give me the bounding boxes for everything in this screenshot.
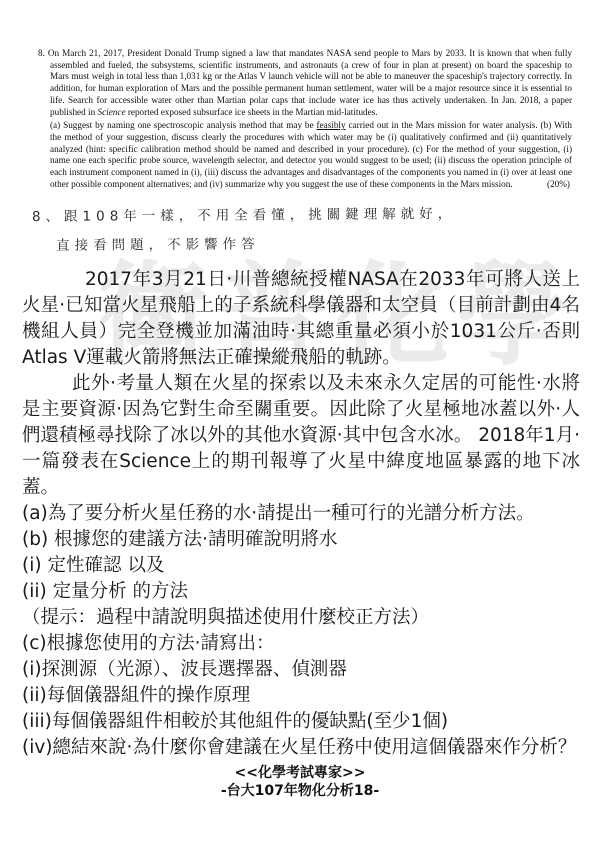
- list-item: (iv)總結來說·為什麼你會建議在火星任務中使用這個儀器來作分析？: [22, 735, 580, 761]
- footer-source: -台大107年物化分析18-: [0, 782, 600, 800]
- subquestions-text: carried out in the Mars mission for wate…: [50, 120, 572, 189]
- page-footer: <<化學考試專家>> -台大107年物化分析18-: [0, 764, 600, 800]
- handwritten-note-line2: 直接看問題，不影響作答: [56, 230, 600, 254]
- list-item: (a)為了要分析火星任務的水·請提出一種可行的光譜分析方法。: [22, 501, 580, 527]
- english-subquestions-paragraph: (a) Suggest by naming one spectroscopic …: [38, 120, 572, 190]
- list-item: (iii)每個儀器組件相較於其他組件的優缺點(至少1個): [22, 709, 580, 735]
- english-question-paragraph: 8. On March 21, 2017, President Donald T…: [38, 48, 572, 118]
- list-item: (i) 定性確認 以及: [22, 553, 580, 579]
- handwritten-note-line1: 8、跟108年一樣，不用全看懂，挑關鍵理解就好，: [32, 201, 600, 225]
- chinese-translation-block: 衛普化學 2017年3月21日·川普總統授權NASA在2033年可將人送上火星·…: [22, 267, 580, 761]
- list-item: (ii) 定量分析 的方法: [22, 579, 580, 605]
- underlined-word: feasibly: [317, 120, 346, 130]
- english-paragraph-end: reported exposed subsurface ice sheets i…: [126, 107, 378, 117]
- chinese-paragraph-2: 此外·考量人類在火星的探索以及未來永久定居的可能性·水將是主要資源·因為它對生命…: [22, 371, 580, 501]
- question-number: 8.: [38, 48, 45, 58]
- chinese-subquestion-list: (a)為了要分析火星任務的水·請提出一種可行的光譜分析方法。 (b) 根據您的建…: [22, 501, 580, 761]
- chinese-paragraph-1: 2017年3月21日·川普總統授權NASA在2033年可將人送上火星·已知當火星…: [22, 267, 580, 371]
- english-question-block: 8. On March 21, 2017, President Donald T…: [38, 48, 572, 190]
- list-item: （提示：過程中請說明與描述使用什麼校正方法）: [22, 605, 580, 631]
- handwritten-note: 8、跟108年一樣，不用全看懂，挑關鍵理解就好， 直接看問題，不影響作答: [32, 201, 600, 254]
- score-label: (20%): [547, 179, 570, 191]
- subquestion-a-text: (a) Suggest by naming one spectroscopic …: [50, 120, 317, 130]
- footer-brand: <<化學考試專家>>: [0, 764, 600, 782]
- list-item: (i)探測源（光源）、波長選擇器、偵測器: [22, 657, 580, 683]
- exam-page: 8. On March 21, 2017, President Donald T…: [0, 0, 600, 847]
- list-item: (b) 根據您的建議方法·請明確說明將水: [22, 527, 580, 553]
- journal-name-italic: Science: [97, 107, 125, 117]
- list-item: (c)根據您使用的方法·請寫出：: [22, 631, 580, 657]
- list-item: (ii)每個儀器組件的操作原理: [22, 683, 580, 709]
